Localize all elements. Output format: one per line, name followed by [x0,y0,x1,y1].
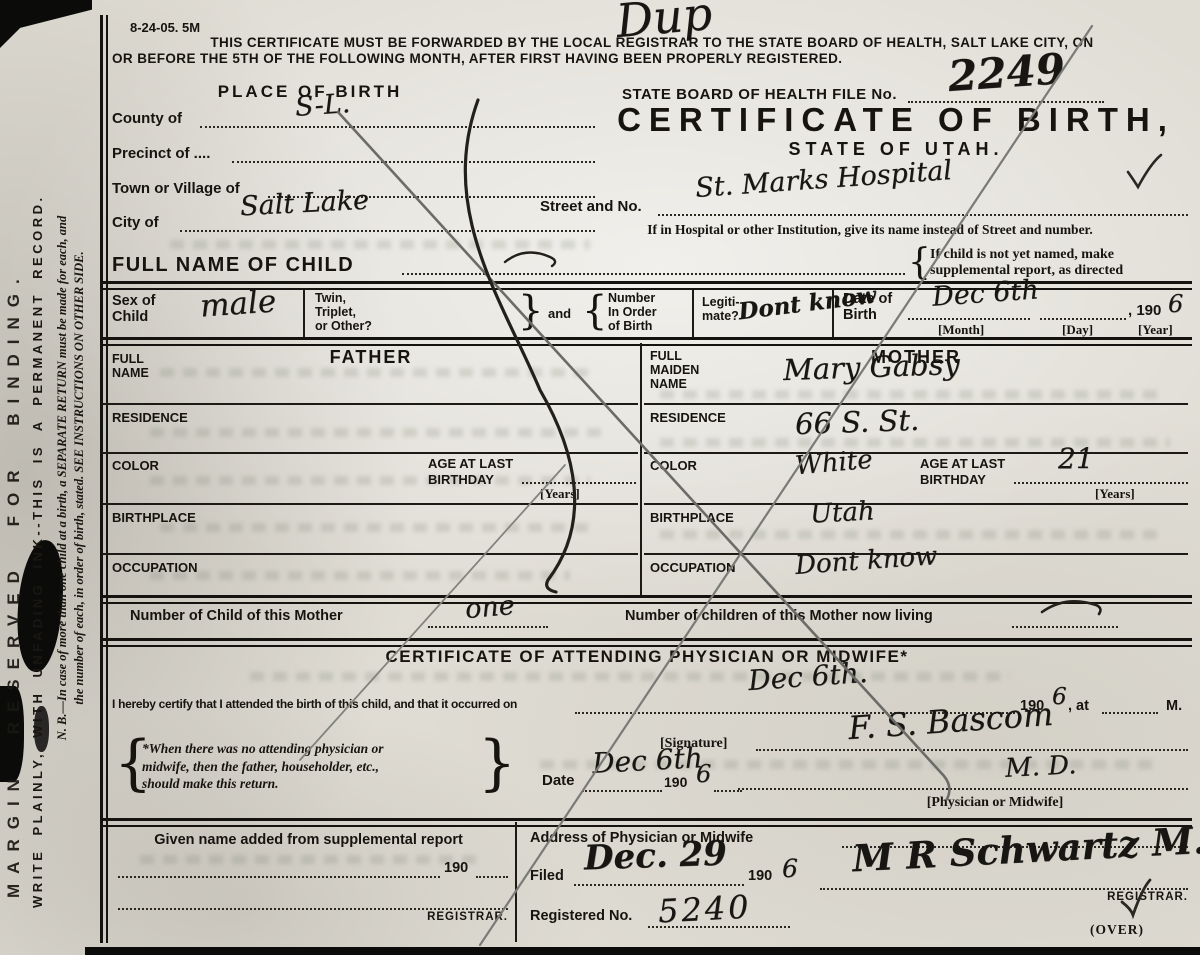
precinct-label: Precinct of .... [112,145,210,162]
dob-day-line [1040,318,1126,320]
over-label: (OVER) [1090,922,1144,938]
supplemental-line [118,876,440,878]
dob-year-prefix: , 190 [1128,302,1161,319]
physician-title: CERTIFICATE OF ATTENDING PHYSICIAN OR MI… [102,647,1192,667]
mother-age-value: 21 [1058,442,1094,475]
registered-no-value: 5240 [657,888,752,931]
father-name-label: FULL NAME [112,352,149,380]
dob-value: Dec 6th [931,274,1040,312]
father-years-bracket: [Years] [540,486,580,502]
street-note: If in Hospital or other Institution, giv… [545,222,1195,238]
bleed-through [170,240,590,249]
date-line-end [714,790,742,792]
mother-occupation-value: Dont know [794,541,938,581]
footnote-brace-close: } [478,728,516,798]
supplemental-year-prefix: 190 [444,860,468,876]
child-note-brace: { [908,242,931,283]
mother-name-value: Mary Gabsy [782,347,960,387]
parents-divider [640,343,642,597]
occurred-value: Dec 6th. [747,656,869,697]
street-label: Street and No. [540,198,642,215]
filed-year-prefix: 190 [748,868,772,884]
bleed-through [660,390,1160,399]
date-label: Date [542,772,575,789]
margin-note-nb-line1: N. B.—In case of more than one child at … [54,38,71,918]
date-year-value: 6 [696,760,711,788]
registered-no-label: Registered No. [530,908,632,924]
mother-residence-value: 66 S. St. [794,403,919,441]
cell-divider [692,290,694,337]
form-border [100,15,103,943]
mother-birthplace-value: Utah [809,496,875,529]
day-bracket: [Day] [1062,322,1093,338]
rule [102,595,1192,604]
certificate-title: CERTIFICATE OF BIRTH, [600,101,1192,139]
date-year-prefix: 190 [664,774,687,790]
row-line [644,503,1188,505]
margin-note-nb: N. B.—In case of more than one child at … [54,38,88,918]
filed-label: Filed [530,868,564,884]
form-code: 8-24-05. 5M [130,20,200,35]
certificate-subtitle: STATE OF UTAH. [600,139,1192,160]
city-value: Salt Lake [239,185,369,223]
father-header: FATHER [102,347,640,368]
and-brace-close: } [518,288,543,334]
child-unnamed-note-line1: If child is not yet named, make [930,247,1114,263]
supplemental-label: Given name added from supplemental repor… [102,832,515,848]
order-label: Number In Order of Birth [608,291,657,333]
county-label: County of [112,110,182,127]
margin-note-nb-line2: the number of each, in order of birth, s… [71,38,88,918]
row-line [102,553,638,555]
legitimate-label: Legiti- mate? [702,295,740,323]
footer-divider [515,822,517,942]
birth-certificate-scan: MARGIN RESERVED FOR BINDING. WRITE PLAIN… [0,0,1200,955]
row-line [102,452,638,454]
dob-year-value: 6 [1168,290,1183,318]
mother-color-value: White [794,445,874,482]
physician-line [738,788,1188,790]
mother-residence-label: RESIDENCE [650,410,726,425]
occurred-year-value: 6 [1052,684,1067,710]
father-age-line [522,482,636,484]
registrar-label-2: REGISTRAR. [1010,891,1188,903]
form-border [106,15,108,943]
street-value: St. Marks Hospital [694,155,953,204]
bleed-through [160,368,590,377]
mother-occupation-label: OCCUPATION [650,560,735,575]
filed-year-value: 6 [782,854,798,883]
physician-degree-value: M. D. [1004,750,1077,784]
at-line [1102,712,1158,714]
rule [102,638,1192,647]
cell-divider [832,290,834,337]
row-line [102,503,638,505]
margin-note-permanent-record: WRITE PLAINLY, WITH UNFADING INK--THIS I… [30,194,45,908]
physician-bracket: [Physician or Midwife] [870,795,1120,811]
date-line [582,790,662,792]
margin-note-binding: MARGIN RESERVED FOR BINDING. [4,269,24,898]
child-number-value: one [464,590,516,625]
twin-label: Twin, Triplet, or Other? [315,291,372,333]
month-bracket: [Month] [938,322,984,338]
footnote-text: *When there was no attending physician o… [142,740,482,793]
bleed-through [660,530,1160,539]
city-line [180,230,595,232]
bleed-through [140,855,480,864]
at-label: , at [1068,698,1089,714]
row-line [102,403,638,405]
town-label: Town or Village of [112,180,240,197]
county-line [200,126,595,128]
mother-name-label: FULL MAIDEN NAME [650,349,699,391]
bleed-through [150,571,570,580]
dob-label: Date of Birth [843,291,892,323]
street-line [658,214,1188,216]
county-value: S-L. [294,88,351,123]
sex-value: male [199,283,277,324]
order-brace-open: { [582,288,607,334]
mother-age-label: AGE AT LAST BIRTHDAY [920,456,1005,488]
bleed-through [250,672,1010,681]
file-no-value: 2249 [946,44,1066,101]
dob-month-line [908,318,1030,320]
child-number-label: Number of Child of this Mother [130,608,343,624]
bleed-through [160,523,590,532]
father-residence-label: RESIDENCE [112,410,188,425]
cell-divider [303,290,305,337]
mother-birthplace-label: BIRTHPLACE [650,510,734,525]
child-number-line [428,626,548,628]
child-name-label: FULL NAME OF CHILD [112,254,354,277]
mother-years-bracket: [Years] [1095,486,1135,502]
mother-color-label: COLOR [650,458,697,473]
city-label: City of [112,214,159,231]
bleed-through [150,428,610,437]
scan-edge [85,947,1200,955]
living-label: Number of children of this Mother now li… [625,608,933,624]
father-color-label: COLOR [112,458,159,473]
signature-line [756,749,1188,751]
father-occupation-label: OCCUPATION [112,560,197,575]
physician-signature-value: F. S. Bascom [847,695,1054,747]
father-birthplace-label: BIRTHPLACE [112,510,196,525]
rule [102,337,1192,346]
and-word: and [548,306,571,321]
filed-value: Dec. 29 [583,834,727,879]
supplemental-year-line [476,876,508,878]
year-bracket: [Year] [1138,322,1173,338]
rule [102,818,1192,827]
registrar-line [118,908,508,910]
father-age-label: AGE AT LAST BIRTHDAY [428,456,513,488]
m-label: M. [1166,698,1182,714]
certify-text: I hereby certify that I attended the bir… [112,697,517,711]
sex-label: Sex of Child [112,293,156,325]
registered-no-line [648,926,790,928]
registrar-signature-line [820,888,1188,890]
filed-line [574,884,744,886]
row-line [644,452,1188,454]
child-name-line [402,273,905,275]
registrar-label: REGISTRAR. [330,911,508,923]
precinct-line [232,161,595,163]
living-line [1012,626,1118,628]
mother-age-line [1014,482,1188,484]
